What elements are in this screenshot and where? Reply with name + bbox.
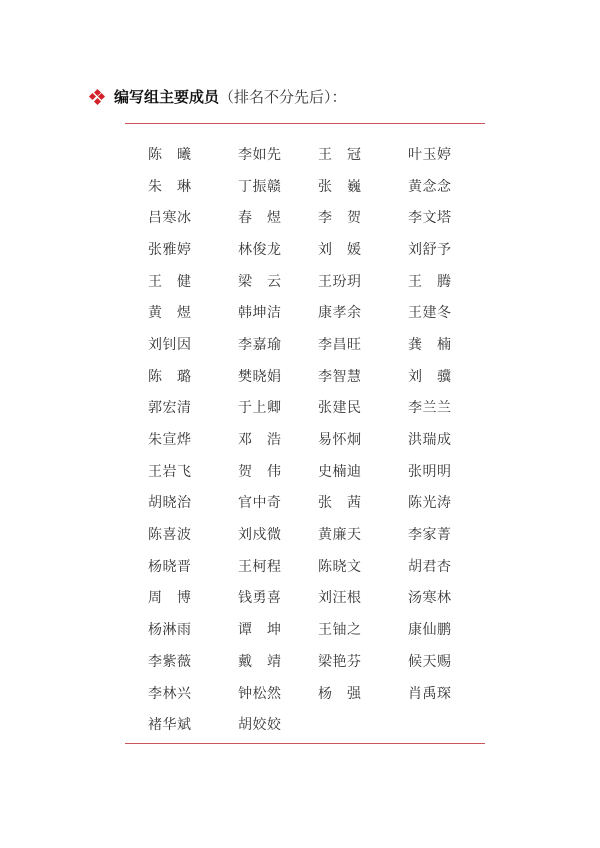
member-name: 梁艳芬	[305, 651, 395, 671]
member-row: 胡晓治官中奇张 茜陈光涛	[125, 487, 485, 519]
member-name: 候天赐	[395, 651, 485, 671]
member-name: 刘汪根	[305, 587, 395, 607]
member-name: 黄廉天	[305, 524, 395, 544]
member-name: 王 冠	[305, 144, 395, 164]
member-name: 康孝余	[305, 302, 395, 322]
member-row: 张雅婷林俊龙刘 媛刘舒予	[125, 233, 485, 265]
member-row: 王岩飞贺 伟史楠迪张明明	[125, 455, 485, 487]
member-name: 韩坤洁	[215, 302, 305, 322]
member-name: 洪瑞成	[395, 429, 485, 449]
member-name: 朱宣烨	[125, 429, 215, 449]
member-name: 王铀之	[305, 619, 395, 639]
member-name: 戴 靖	[215, 651, 305, 671]
member-name: 王岩飞	[125, 461, 215, 481]
section-heading: 编写组主要成员 （排名不分先后）：	[90, 86, 347, 107]
heading-title: 编写组主要成员	[114, 86, 219, 107]
member-name: 黄念念	[395, 176, 485, 196]
member-name: 王玢玥	[305, 271, 395, 291]
member-name: 朱 琳	[125, 176, 215, 196]
member-name: 陈喜波	[125, 524, 215, 544]
member-name: 叶玉婷	[395, 144, 485, 164]
member-name: 褚华斌	[125, 714, 215, 734]
member-name: 李智慧	[305, 366, 395, 386]
member-name: 胡晓治	[125, 492, 215, 512]
member-name: 梁 云	[215, 271, 305, 291]
member-name: 贺 伟	[215, 461, 305, 481]
member-name: 李昌旺	[305, 334, 395, 354]
member-name: 易怀炯	[305, 429, 395, 449]
member-name: 杨 强	[305, 683, 395, 703]
member-name: 杨晓晋	[125, 556, 215, 576]
member-name: 官中奇	[215, 492, 305, 512]
member-name: 李文塔	[395, 207, 485, 227]
member-name: 谭 坤	[215, 619, 305, 639]
member-row: 李紫薇戴 靖梁艳芬候天赐	[125, 645, 485, 677]
member-name: 张建民	[305, 397, 395, 417]
member-name: 刘舒予	[395, 239, 485, 259]
member-row: 朱 琳丁振赣张 巍黄念念	[125, 170, 485, 202]
member-name: 李紫薇	[125, 651, 215, 671]
member-name: 林俊龙	[215, 239, 305, 259]
member-name: 王 腾	[395, 271, 485, 291]
member-name: 胡姣姣	[215, 714, 305, 734]
member-name: 丁振赣	[215, 176, 305, 196]
member-name: 春 煜	[215, 207, 305, 227]
member-name: 刘 媛	[305, 239, 395, 259]
member-row: 李林兴钟松然杨 强肖禹琛	[125, 677, 485, 709]
member-name: 张 巍	[305, 176, 395, 196]
member-name: 钟松然	[215, 683, 305, 703]
bottom-divider	[125, 743, 485, 744]
member-name: 黄 煜	[125, 302, 215, 322]
member-name: 胡君杏	[395, 556, 485, 576]
member-name: 刘 骥	[395, 366, 485, 386]
members-grid: 陈 曦李如先王 冠叶玉婷朱 琳丁振赣张 巍黄念念吕寒冰春 煜李 贺李文塔张雅婷林…	[125, 138, 485, 740]
member-row: 刘钊因李嘉瑜李昌旺龚 楠	[125, 328, 485, 360]
member-name: 刘戍微	[215, 524, 305, 544]
member-name: 陈光涛	[395, 492, 485, 512]
member-row: 褚华斌胡姣姣	[125, 708, 485, 740]
member-row: 朱宣烨邓 浩易怀炯洪瑞成	[125, 423, 485, 455]
member-name: 于上卿	[215, 397, 305, 417]
member-name: 李嘉瑜	[215, 334, 305, 354]
member-name: 李林兴	[125, 683, 215, 703]
member-row: 杨晓晋王柯程陈晓文胡君杏	[125, 550, 485, 582]
member-name: 吕寒冰	[125, 207, 215, 227]
member-name: 康仙鹏	[395, 619, 485, 639]
member-name: 邓 浩	[215, 429, 305, 449]
member-name: 王 健	[125, 271, 215, 291]
member-name: 龚 楠	[395, 334, 485, 354]
member-name: 郭宏清	[125, 397, 215, 417]
member-name: 王建冬	[395, 302, 485, 322]
member-name: 张雅婷	[125, 239, 215, 259]
member-name: 周 博	[125, 587, 215, 607]
member-row: 王 健梁 云王玢玥王 腾	[125, 265, 485, 297]
heading-subtitle: （排名不分先后）：	[219, 86, 347, 107]
member-name: 钱勇喜	[215, 587, 305, 607]
top-divider	[125, 123, 485, 124]
member-row: 郭宏清于上卿张建民李兰兰	[125, 392, 485, 424]
member-name: 陈 璐	[125, 366, 215, 386]
member-name: 陈 曦	[125, 144, 215, 164]
member-name: 李如先	[215, 144, 305, 164]
member-row: 陈 璐樊晓娟李智慧刘 骥	[125, 360, 485, 392]
member-row: 陈 曦李如先王 冠叶玉婷	[125, 138, 485, 170]
member-row: 陈喜波刘戍微黄廉天李家菁	[125, 518, 485, 550]
member-name: 杨淋雨	[125, 619, 215, 639]
member-row: 周 博钱勇喜刘汪根汤寒林	[125, 582, 485, 614]
member-name: 史楠迪	[305, 461, 395, 481]
member-name: 王柯程	[215, 556, 305, 576]
member-name: 樊晓娟	[215, 366, 305, 386]
member-name: 肖禹琛	[395, 683, 485, 703]
member-row: 杨淋雨谭 坤王铀之康仙鹏	[125, 613, 485, 645]
member-name: 陈晓文	[305, 556, 395, 576]
member-name: 李兰兰	[395, 397, 485, 417]
member-name: 张 茜	[305, 492, 395, 512]
diamond-bullet-icon	[90, 90, 104, 104]
member-name: 张明明	[395, 461, 485, 481]
member-row: 吕寒冰春 煜李 贺李文塔	[125, 201, 485, 233]
member-name: 汤寒林	[395, 587, 485, 607]
member-name: 李 贺	[305, 207, 395, 227]
member-row: 黄 煜韩坤洁康孝余王建冬	[125, 296, 485, 328]
member-name: 李家菁	[395, 524, 485, 544]
member-name: 刘钊因	[125, 334, 215, 354]
